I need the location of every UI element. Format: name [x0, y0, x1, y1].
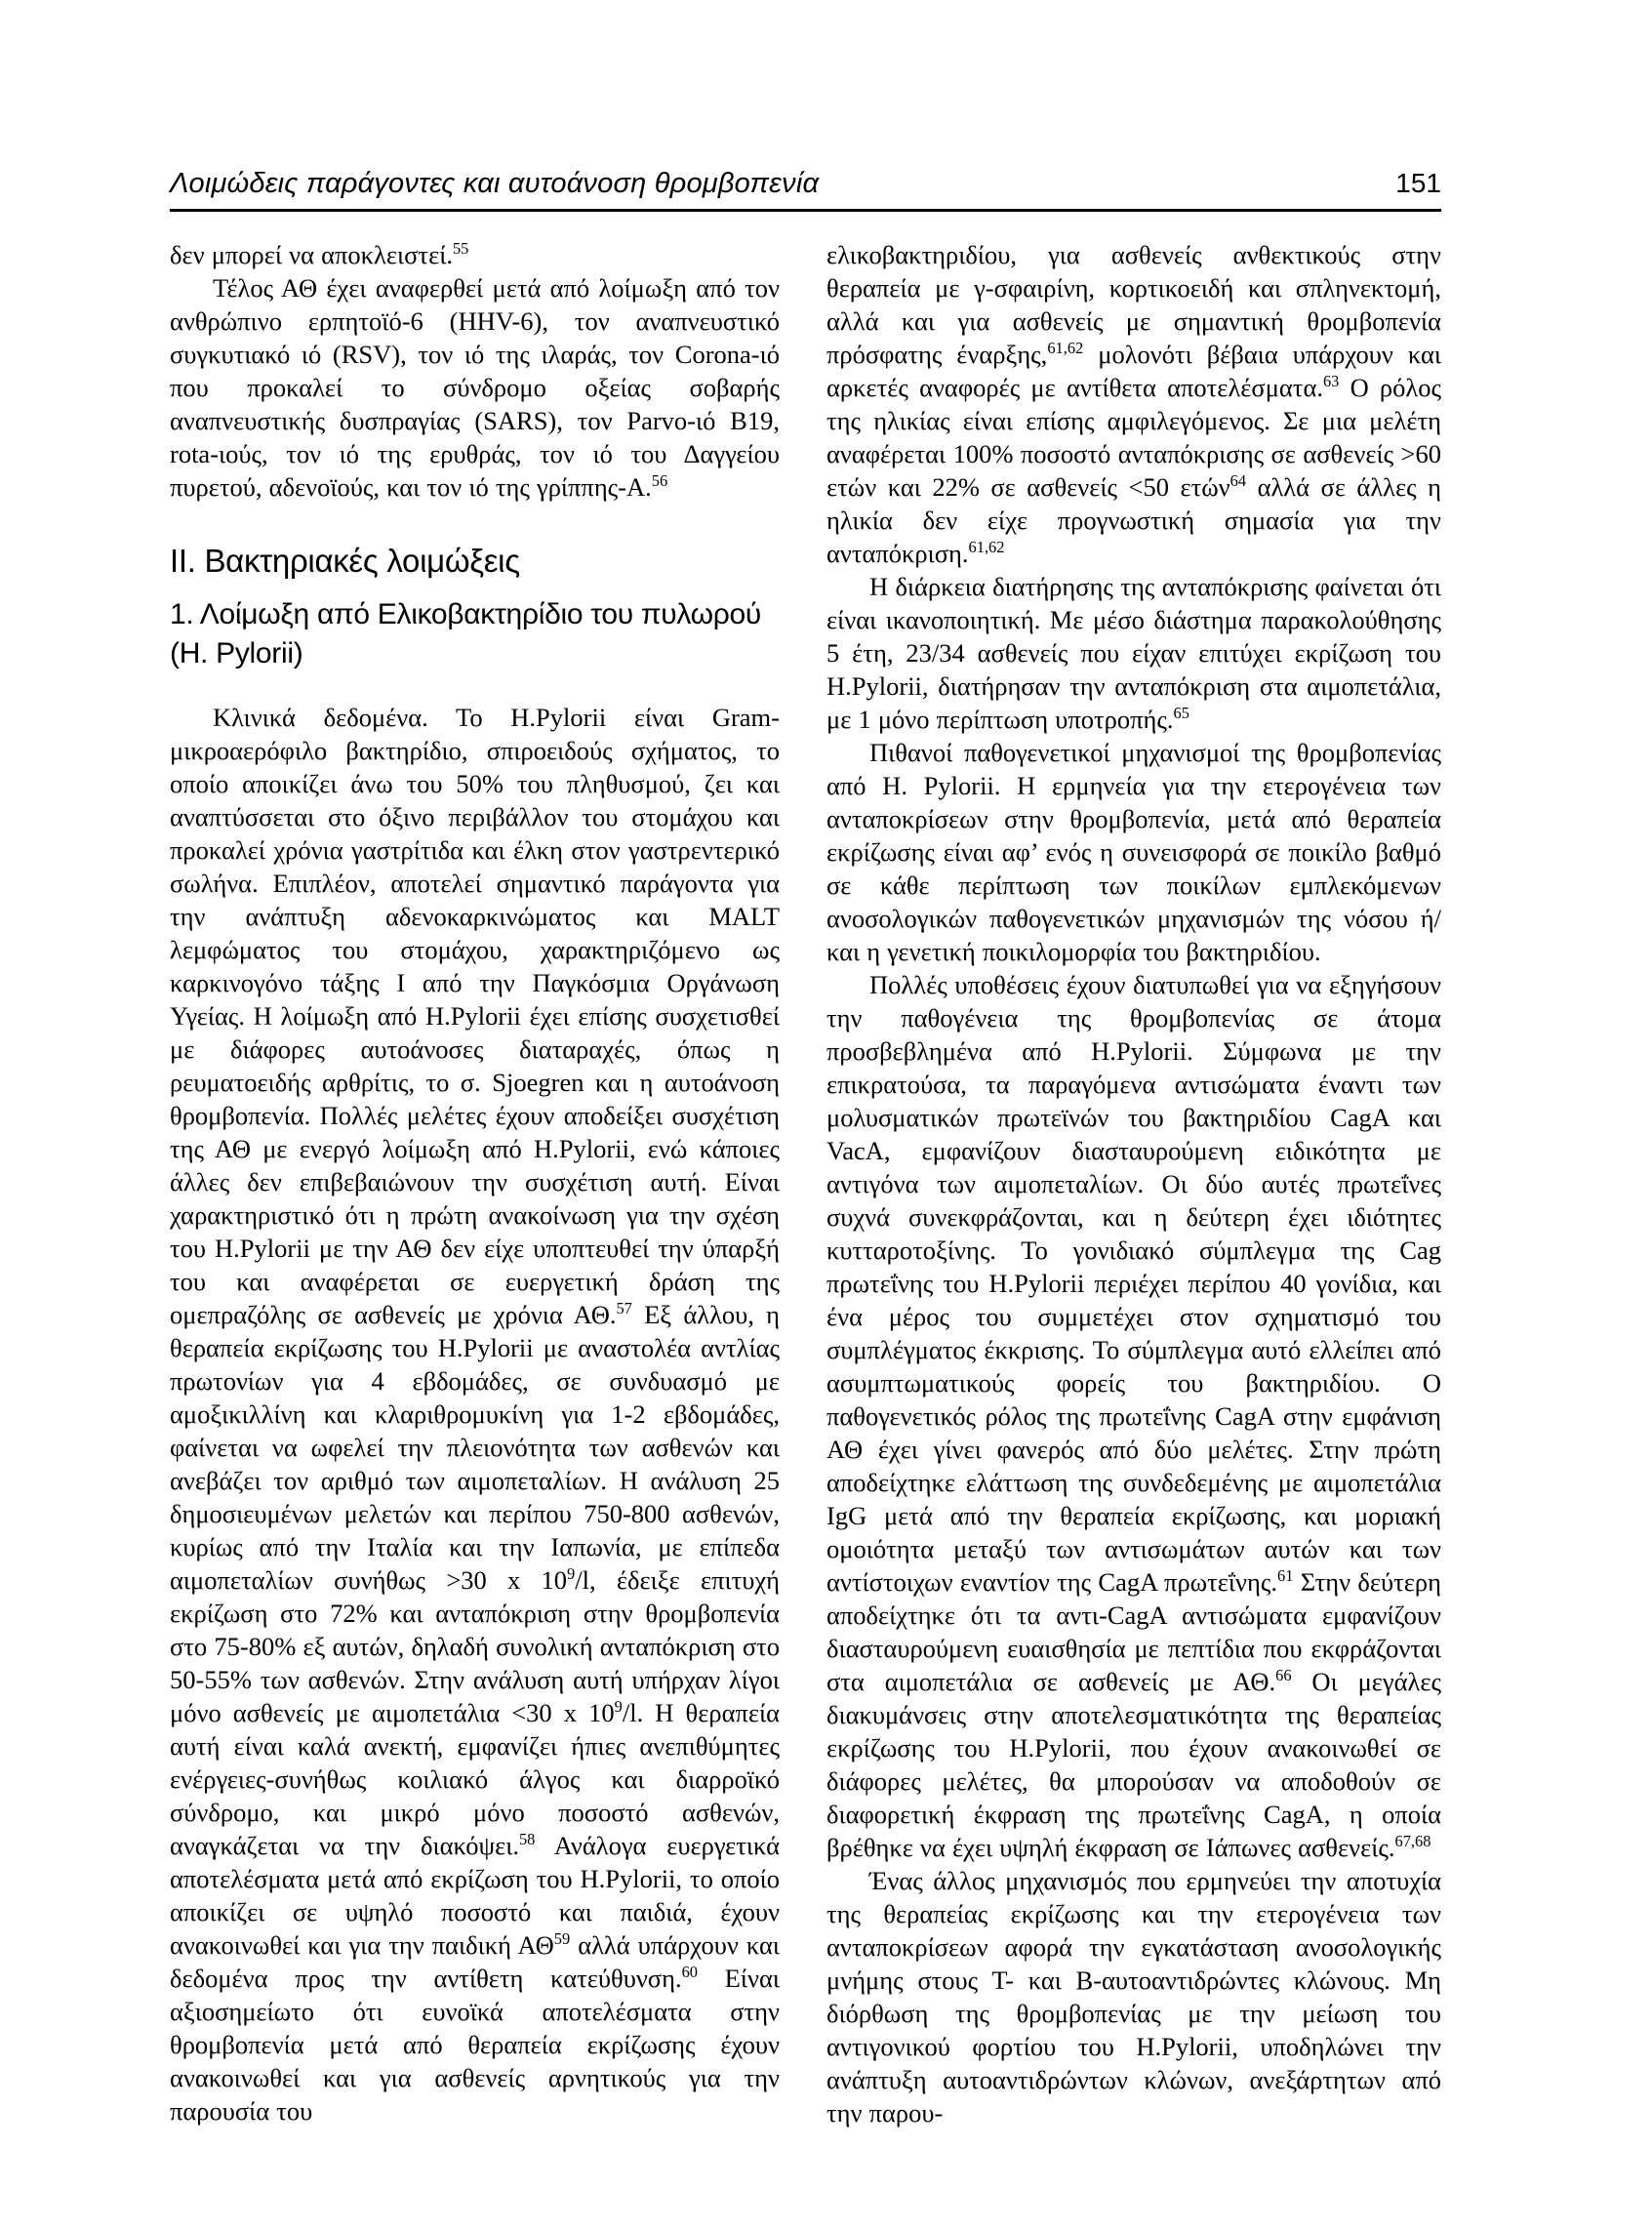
reference-superscript: 64	[1230, 471, 1246, 490]
page-body: δεν μπορεί να αποκλειστεί.55Τέλος ΑΘ έχε…	[170, 238, 1441, 2129]
page-number: 151	[1395, 168, 1441, 199]
paragraph: Η διάρκεια διατήρησης της ανταπόκρισης φ…	[826, 570, 1441, 736]
reference-superscript: 55	[453, 239, 468, 258]
journal-page: Λοιμώδεις παράγοντες και αυτοάνοση θρομβ…	[0, 0, 1652, 2229]
paragraph: δεν μπορεί να αποκλειστεί.55	[170, 238, 780, 271]
running-head-title: Λοιμώδεις παράγοντες και αυτοάνοση θρομβ…	[170, 168, 819, 200]
reference-superscript: 9	[567, 1564, 575, 1583]
reference-superscript: 61	[1277, 1566, 1293, 1585]
reference-superscript: 60	[682, 1963, 698, 1981]
reference-superscript: 58	[519, 1830, 535, 1848]
reference-superscript: 59	[554, 1929, 570, 1948]
reference-superscript: 61,62	[1047, 339, 1083, 357]
right-column: ελικοβακτηριδίου, για ασθενείς ανθεκτικο…	[826, 238, 1441, 2129]
paragraph: Ένας άλλος μηχανισμός που ερμηνεύει την …	[826, 1864, 1441, 2129]
subsection-heading: 1. Λοίμωξη από Ελικοβακτηρίδιο του πυλωρ…	[170, 595, 780, 673]
reference-superscript: 67,68	[1395, 1832, 1431, 1850]
paragraph: ελικοβακτηριδίου, για ασθενείς ανθεκτικο…	[826, 238, 1441, 570]
paragraph: Κλινικά δεδομένα. Το H.Pylorii είναι Gra…	[170, 701, 780, 2128]
section-heading: ΙΙ. Βακτηριακές λοιμώξεις	[170, 541, 780, 582]
reference-superscript: 61,62	[969, 538, 1005, 556]
left-column: δεν μπορεί να αποκλειστεί.55Τέλος ΑΘ έχε…	[170, 238, 780, 2129]
paragraph: Πιθανοί παθογενετικοί μηχανισμοί της θρο…	[826, 736, 1441, 968]
reference-superscript: 63	[1323, 372, 1339, 390]
reference-superscript: 57	[616, 1299, 631, 1317]
reference-superscript: 56	[652, 471, 667, 490]
running-head: Λοιμώδεις παράγοντες και αυτοάνοση θρομβ…	[170, 168, 1441, 212]
paragraph: Τέλος ΑΘ έχει αναφερθεί μετά από λοίμωξη…	[170, 271, 780, 504]
reference-superscript: 9	[615, 1697, 623, 1716]
paragraph: Πολλές υποθέσεις έχουν διατυπωθεί για να…	[826, 968, 1441, 1864]
reference-superscript: 65	[1173, 704, 1189, 722]
reference-superscript: 66	[1275, 1666, 1291, 1684]
